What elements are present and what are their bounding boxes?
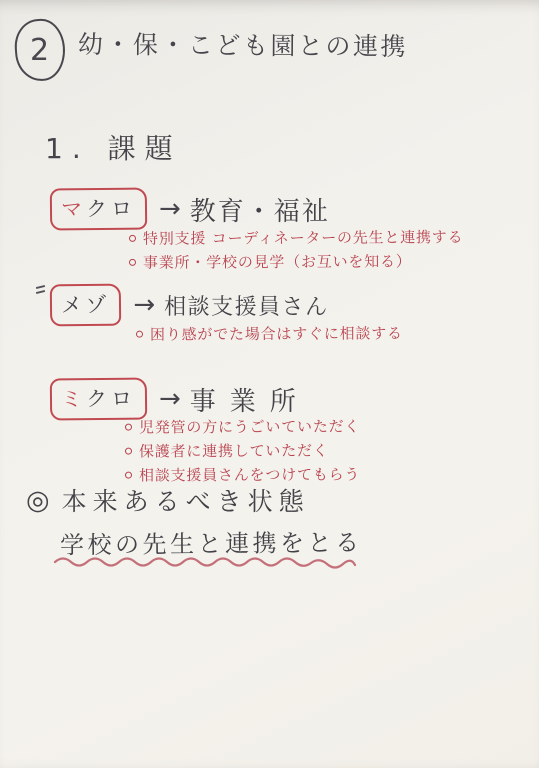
note-line: 困り感がでた場合はすぐに相談する xyxy=(136,321,403,346)
level-row-micro: ミクロ → 事業所 xyxy=(50,378,310,420)
page-number-circle: 2 xyxy=(13,17,67,82)
conclusion-heading-row: ◎ 本来あるべき状態 xyxy=(26,482,310,518)
arrow-icon: → xyxy=(133,290,155,320)
page-title: 幼・保・こども園との連携 xyxy=(78,25,408,63)
arrow-icon: → xyxy=(159,194,181,224)
note-line: 児発管の方にうごいていただく xyxy=(125,414,360,439)
stray-pen-marks xyxy=(36,283,48,297)
arrow-icon: → xyxy=(159,384,181,414)
conclusion-heading: 本来あるべき状態 xyxy=(62,482,310,518)
wavy-underline xyxy=(52,553,372,569)
notes-meso: 困り感がでた場合はすぐに相談する xyxy=(136,322,403,346)
level-label-macro-black: クロ xyxy=(86,193,136,224)
level-target-meso: 相談支援員さん xyxy=(164,290,329,321)
level-label-meso-black: メゾ xyxy=(61,289,111,320)
bullet-icon xyxy=(125,424,132,431)
bullet-icon xyxy=(129,235,136,242)
bullet-icon xyxy=(125,448,132,455)
note-text: 特別支援 コーディネーターの先生と連携する xyxy=(143,225,463,251)
notes-micro: 児発管の方にうごいていただく 保護者に連携していただく 相談支援員さんをつけても… xyxy=(125,415,360,487)
level-row-meso: メゾ → 相談支援員さん xyxy=(50,284,329,326)
bullet-icon xyxy=(136,331,143,338)
page-number: 2 xyxy=(30,33,49,68)
bullet-icon xyxy=(125,472,132,479)
level-label-micro-black: クロ xyxy=(86,383,136,414)
note-line: 特別支援 コーディネーターの先生と連携する xyxy=(129,225,463,251)
level-label-micro-red: ミ xyxy=(61,383,86,413)
level-target-micro: 事業所 xyxy=(190,381,310,418)
section-heading: 1. 課題 xyxy=(45,127,182,167)
level-label-meso: メゾ xyxy=(50,284,122,327)
level-label-macro: マクロ xyxy=(50,187,147,230)
note-text: 困り感がでた場合はすぐに相談する xyxy=(150,321,403,346)
note-text: 事業所・学校の見学（お互いを知る） xyxy=(143,249,412,274)
notebook-page: 2 幼・保・こども園との連携 1. 課題 マクロ → 教育・福祉 特別支援 コー… xyxy=(0,0,539,768)
level-label-macro-red: マ xyxy=(61,193,86,223)
bullet-icon xyxy=(129,259,136,266)
note-text: 保護者に連携していただく xyxy=(139,439,329,464)
level-target-macro: 教育・福祉 xyxy=(190,191,330,228)
note-text: 児発管の方にうごいていただく xyxy=(139,414,360,439)
notes-macro: 特別支援 コーディネーターの先生と連携する 事業所・学校の見学（お互いを知る） xyxy=(129,226,463,274)
note-line: 事業所・学校の見学（お互いを知る） xyxy=(129,249,463,275)
note-line: 保護者に連携していただく xyxy=(125,438,360,463)
double-circle-icon: ◎ xyxy=(26,485,50,516)
level-row-macro: マクロ → 教育・福祉 xyxy=(50,188,330,230)
